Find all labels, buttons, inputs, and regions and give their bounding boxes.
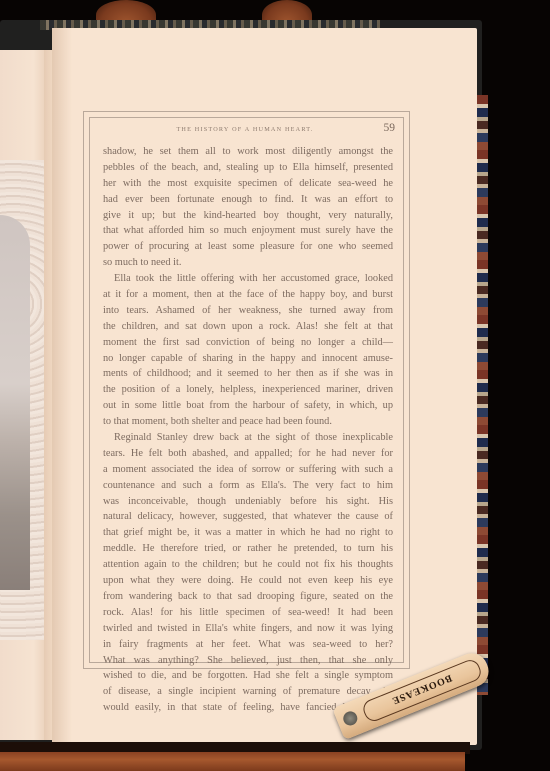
page-number: 59 (384, 122, 396, 134)
text-line: that what afforded him so much enjoyment… (103, 223, 393, 239)
text-line: pebbles of the beach, and, stealing up t… (103, 160, 393, 176)
text-line: natural delicacy, however, suggested, th… (103, 509, 393, 525)
text-line: What was anything? She believed, just th… (103, 653, 393, 669)
text-line: upon what they were doing. He could not … (103, 573, 393, 589)
text-line: the position of a lonely, helpless, inex… (103, 382, 393, 398)
running-title: THE HISTORY OF A HUMAN HEART. (95, 126, 395, 133)
wooden-ledge (0, 752, 465, 771)
text-line: ments of childhood; and it seemed to her… (103, 366, 393, 382)
text-line: moment the first sad conviction of being… (103, 335, 393, 351)
text-line: rock. Alas! for his little specimen of s… (103, 605, 393, 621)
text-line: from wandering back to that sad drooping… (103, 589, 393, 605)
text-line: no longer capable of sharing in the happ… (103, 351, 393, 367)
text-line: was inconceivable, though undeniably bef… (103, 494, 393, 510)
text-line: Ella took the little offering with her a… (103, 271, 393, 287)
text-line: had ever been fortunate enough to find. … (103, 192, 393, 208)
text-line: so much to need it. (103, 255, 393, 271)
text-line: the children, and sat down upon a rock. … (103, 319, 393, 335)
screw-icon (341, 709, 359, 727)
text-line: shadow, he set them all to work most dil… (103, 144, 393, 160)
text-line: at it for a moment, then at the face of … (103, 287, 393, 303)
text-line: give it up; but the kind-hearted boy tho… (103, 208, 393, 224)
text-line: countenance and such a form as Ella's. T… (103, 478, 393, 494)
text-line: into tears. Ashamed of her weakness, she… (103, 303, 393, 319)
text-line: tears. He felt both abashed, and appalle… (103, 446, 393, 462)
text-line: of disease, a single incipient warning o… (103, 684, 393, 700)
text-line: a moment associated the idea of sorrow o… (103, 462, 393, 478)
text-line: wished to die, and be forgotten. Had she… (103, 668, 393, 684)
text-line: out in some little boat from the harbour… (103, 398, 393, 414)
text-line: meddle. He therefore tried, or rather he… (103, 541, 393, 557)
body-text: shadow, he set them all to work most dil… (103, 144, 393, 716)
text-line: twirled and twisted in Ella's white fing… (103, 621, 393, 637)
text-line: to that moment, both shelter and peace h… (103, 414, 393, 430)
running-head: THE HISTORY OF A HUMAN HEART. 59 (95, 124, 395, 138)
text-line: her with the most exquisite specimen of … (103, 176, 393, 192)
seascape-engraving (0, 215, 30, 590)
text-line: Reginald Stanley drew back at the sight … (103, 430, 393, 446)
text-line: attention again to the children; but he … (103, 557, 393, 573)
text-line: in fairy fragments at her feet. What was… (103, 637, 393, 653)
book-photo: THE HISTORY OF A HUMAN HEART. 59 shadow,… (0, 0, 550, 771)
text-line: power of procuring at least some pleasur… (103, 239, 393, 255)
page-gutter-shadow (52, 28, 72, 745)
text-line: that grief might be, it was a matter in … (103, 525, 393, 541)
